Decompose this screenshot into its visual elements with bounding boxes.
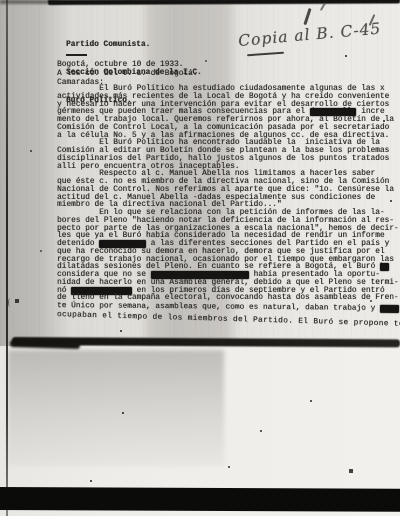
handwritten-note: Copia al B. C-45 <box>238 18 399 50</box>
letterhead-rule <box>66 54 87 56</box>
margin-pen-mark <box>8 298 12 307</box>
struck-text: kx <box>380 263 389 271</box>
scan-bottom-edge-band <box>0 487 400 512</box>
address-line: A los cc. del C. L. de Bogotá. <box>57 70 197 78</box>
pen-stroke <box>303 8 311 25</box>
scanned-document-page: Partido Comunista. Sección Colombiana de… <box>0 0 400 516</box>
date-line: Bogotá, octubre 10 de 1933. <box>57 61 183 69</box>
letterhead-party-name: Partido Comunista. <box>66 41 202 50</box>
handwriting-underline <box>247 52 284 56</box>
scanner-noise-specks <box>0 0 2 2</box>
page-left-fold-line <box>6 0 8 516</box>
document-body: El Buró Político ha estudiado ciudadosam… <box>57 86 400 319</box>
scan-smudge <box>8 350 224 466</box>
struck-text: xxxx <box>380 305 399 313</box>
